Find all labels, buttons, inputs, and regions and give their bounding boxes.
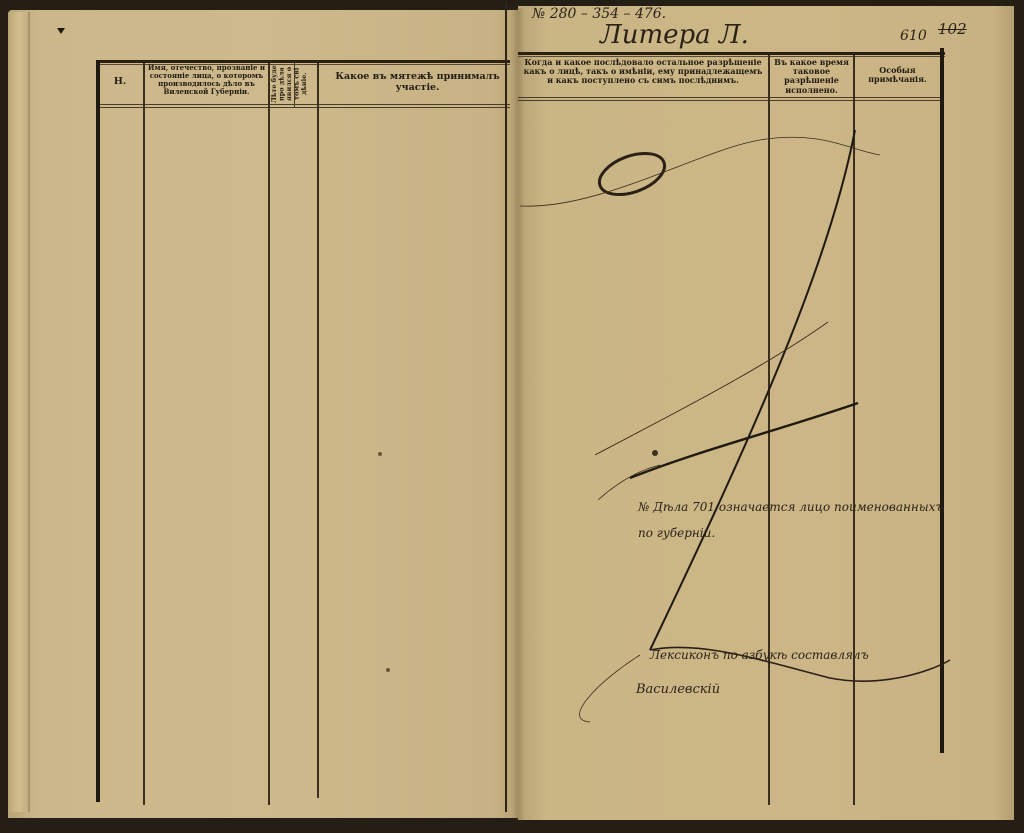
col-divider-5 (768, 55, 770, 805)
ink-blot (652, 450, 658, 456)
column-header-resolution: Когда и какое послѣдовало остальное разр… (520, 58, 766, 86)
right-table-top-rule (518, 52, 945, 55)
column-header-remarks: Особыя примѣчанія. (856, 66, 939, 84)
col-divider-4 (317, 63, 319, 798)
col-divider-6 (853, 55, 855, 805)
ink-blot (386, 668, 390, 672)
book-spine (511, 8, 525, 820)
ink-mark-icon (57, 28, 65, 34)
col-divider-1 (143, 63, 145, 805)
column-header-dates: Лѣте буде про дѣла явился о томъ сві дѣн… (271, 64, 315, 104)
handwritten-note-case-number: № Дѣла 701 означается лицо поименованных… (638, 494, 958, 546)
page-edges (10, 12, 30, 812)
left-table-border (96, 60, 100, 802)
left-page-right-rule (505, 2, 507, 812)
right-header-bottom-rule (518, 97, 942, 98)
column-header-executed: Въ какое время таковое разрѣшеніе исполн… (771, 58, 852, 95)
handwritten-note-lexicon: Лексиконъ по азбукѣ составлялъ (650, 648, 869, 662)
book-spread: Н. Имя, отечество, прозваніе и состояніе… (0, 0, 1024, 833)
left-header-bottom-rule-2 (97, 107, 510, 108)
left-page (8, 10, 518, 818)
page-number: 610 (900, 28, 927, 44)
page-number-struck: 102 (938, 20, 967, 38)
col-divider-2 (268, 63, 270, 805)
section-title: Литера Л. (600, 20, 749, 50)
ink-blot (378, 452, 382, 456)
column-header-participation: Какое въ мятежѣ принималъ участіе. (320, 72, 515, 94)
handwritten-signature: Василевскій (636, 682, 720, 697)
column-header-number: Н. (98, 77, 142, 88)
right-table-border (940, 48, 944, 753)
column-header-name: Имя, отечество, прозваніе и состояніе ли… (146, 64, 267, 96)
left-header-bottom-rule (97, 104, 510, 105)
right-header-bottom-rule-2 (518, 100, 942, 101)
